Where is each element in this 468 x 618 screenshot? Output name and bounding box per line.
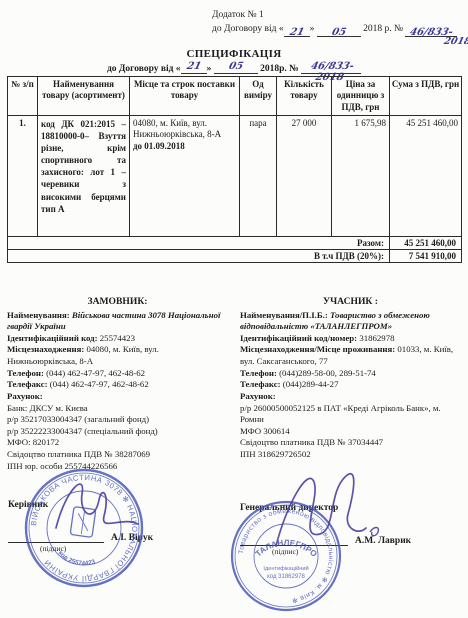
day-blank: 21 [284,25,310,37]
subtitle-prefix: до Договору від « [107,64,181,74]
participant-fax-value: (044)289-44-27 [283,379,339,389]
specification-table: № з/п Найменування товару (асортимент) М… [7,76,462,263]
cell-unit-price: 1 675,98 [332,115,390,236]
svg-text:код 25574423: код 25574423 [57,550,97,568]
total-row: Разом: 45 251 460,00 [8,236,462,249]
col-header-qty: Кількість товару [277,77,332,116]
col-header-name: Найменування товару (асортимент) [38,77,130,116]
customer-account1-line: р/р 35217033004347 (загальний фонд) [7,414,228,426]
customer-fax-value: (044) 462-47-97, 462-48-62 [50,379,149,389]
customer-vat-cert-line: Свідоцтво платника ПДВ № 38287069 [7,449,228,461]
customer-address-label: Місцезнаходження: [7,344,84,354]
customer-phone-label: Телефон: [7,368,44,378]
document-header: Додаток № 1 до Договору від «21» 05 2018… [212,8,464,37]
participant-fax-label: Телефакс: [240,379,281,389]
subtitle-quote-close: » [207,64,212,74]
subtitle-month-blank: 05 [214,61,258,74]
customer-phone-value: (044) 462-47-97, 462-48-62 [46,368,145,378]
customer-account2-line: р/р 35222233004347 (спеціальний фонд) [7,426,228,438]
customer-id-line: Ідентифікаційний код: 25574423 [7,333,228,345]
cell-quantity: 27 000 [277,115,332,236]
table-row: 1. код ДК 021:2015 – 18810000-0– Взуття … [8,115,462,236]
participant-address-line: Місцезнаходження/Місце проживання: 01033… [240,344,461,367]
vat-label: В т.ч ПДВ (20%): [8,249,390,262]
col-header-sum: Сума з ПДВ, грн [390,77,462,116]
customer-name-label: Найменування: [7,310,70,320]
page-title: СПЕЦИФІКАЦІЯ [0,48,468,60]
customer-title: ЗАМОВНИК: [7,296,228,309]
participant-name-label: Найменування/П.І.Б.: [240,310,328,320]
quote-close: » [310,24,315,34]
customer-id-value: 25574423 [100,333,135,343]
contract-ref-prefix: до Договору від « [212,24,284,34]
delivery-address: 04080, м. Київ, вул. Нижньоюрківська, 8-… [133,118,236,141]
requisites-section: ЗАМОВНИК: Найменування: Військова частин… [7,296,461,472]
subtitle-handwritten-month: 05 [227,61,244,72]
participant-id-line: Ідентифікаційний код/номер: 31862978 [240,333,461,345]
participant-stamp-id-label: Ідентифікаційний [263,565,308,572]
customer-fax-label: Телефакс: [7,379,48,389]
table-header-row: № з/п Найменування товару (асортимент) М… [8,77,462,116]
participant-stamp-id-code: код 31862978 [267,574,305,580]
cell-item-name: код ДК 021:2015 – 18810000-0– Взуття різ… [38,115,130,236]
vat-row: В т.ч ПДВ (20%): 7 541 910,00 [8,249,462,262]
customer-signature-ink [38,466,150,546]
participant-account-label: Рахунок: [240,391,461,403]
col-header-place: Місце та строк поставки товару [130,77,240,116]
customer-mfo-line: МФО: 820172 [7,437,228,449]
customer-phone-line: Телефон: (044) 462-47-97, 462-48-62 [7,368,228,380]
customer-id-label: Ідентифікаційний код: [7,333,98,343]
participant-phone-line: Телефон: (044)289-58-00, 289-51-74 [240,368,461,380]
participant-mfo-line: МФО 300614 [240,426,461,438]
customer-fax-line: Телефакс: (044) 462-47-97, 462-48-62 [7,379,228,391]
subtitle-handwritten-day: 21 [185,61,202,72]
participant-signature-ink [262,462,392,557]
col-header-num: № з/п [8,77,38,116]
participant-requisites: УЧАСНИК : Найменування/П.І.Б.: Товариств… [240,296,461,472]
participant-phone-value: (044)289-58-00, 289-51-74 [279,368,376,378]
contract-ref-line: до Договору від «21» 05 2018 р. № 46/833… [212,22,464,36]
participant-account1-line: р/р 26000500052125 в ПАТ «Креді Агріколь… [240,403,461,426]
cell-unit: пара [240,115,277,236]
document-page: Додаток № 1 до Договору від «21» 05 2018… [0,0,468,618]
vat-value: 7 541 910,00 [390,249,462,262]
delivery-deadline: до 01.09.2018 [133,141,236,153]
cell-delivery-place: 04080, м. Київ, вул. Нижньоюрківська, 8-… [130,115,240,236]
col-header-unit: Од виміру [240,77,277,116]
customer-stamp-code: код 25574423 [57,550,97,568]
customer-name-line: Найменування: Військова частина 3078 Нац… [7,310,228,333]
participant-id-label: Ідентифікаційний код/номер: [240,333,357,343]
appendix-line: Додаток № 1 [212,8,464,22]
subtitle-number-blank: 46/833-2018 [301,61,361,74]
customer-address-line: Місцезнаходження: 04080, м. Київ, вул. Н… [7,344,228,367]
participant-ipn-line: ІПН 318629726502 [240,449,461,461]
participant-fax-line: Телефакс: (044)289-44-27 [240,379,461,391]
customer-account-label: Рахунок: [7,391,228,403]
subtitle-year-label: 2018р. № [260,64,299,74]
subtitle-day-blank: 21 [181,61,207,74]
customer-bank-line: Банк: ДКСУ м. Києва [7,403,228,415]
participant-title: УЧАСНИК : [240,296,461,309]
participant-vat-cert-line: Свідоцтво платника ПДВ № 37034447 [240,437,461,449]
participant-phone-label: Телефон: [240,368,277,378]
year-label: 2018 р. № [363,24,403,34]
participant-address-label: Місцезнаходження/Місце проживання: [240,344,395,354]
subtitle-contract-ref: до Договору від «21» 05 2018р. № 46/833-… [0,61,468,74]
participant-id-value: 31862978 [359,333,394,343]
total-value: 45 251 460,00 [390,236,462,249]
cell-row-number: 1. [8,115,38,236]
cell-total-sum: 45 251 460,00 [390,115,462,236]
participant-name-line: Найменування/П.І.Б.: Товариство з обмеже… [240,310,461,333]
total-label: Разом: [8,236,390,249]
customer-requisites: ЗАМОВНИК: Найменування: Військова частин… [7,296,228,472]
handwritten-month: 05 [330,25,348,40]
col-header-price: Ціна за одинницю з ПДВ, грн [332,77,390,116]
month-blank: 05 [317,25,361,37]
handwritten-day: 21 [288,25,306,40]
